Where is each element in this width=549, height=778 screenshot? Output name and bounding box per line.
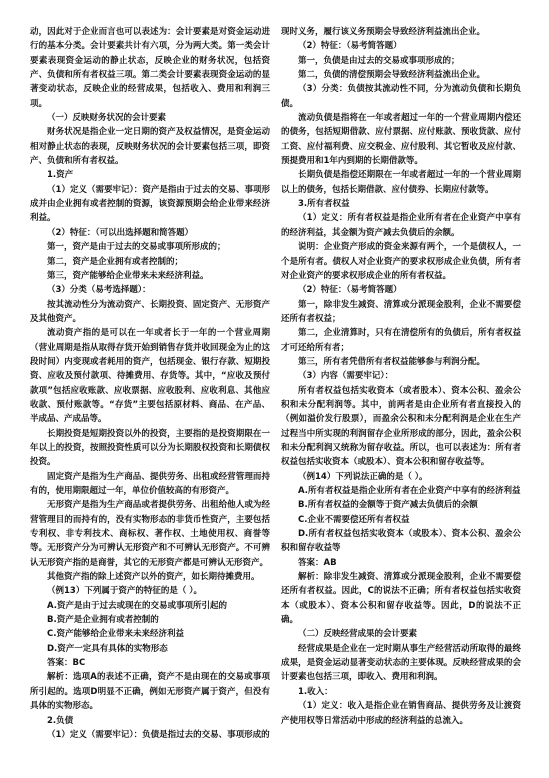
- paragraph: （1）定义：所有者权益是指企业所有者在企业资产中享有的经济利益，其金额为资产减去…: [281, 211, 521, 240]
- paragraph: （3）分类：负债按其流动性不同，分为流动负债和长期负债。: [281, 82, 521, 111]
- paragraph: 2.负债: [30, 714, 270, 728]
- paragraph: （2）特征：（可以出选择题和简答题）: [30, 226, 270, 240]
- paragraph: 解析：除非发生减资、清算或分派现金股利，企业不需要偿还所有者权益。因此，C的说法…: [281, 570, 521, 627]
- text-column-left: 动，因此对于企业而言也可以表述为：会计要素是对资金运动进行的基本分类。会计要素共…: [30, 25, 270, 742]
- paragraph: B.资产是企业拥有或者控制的: [30, 613, 270, 627]
- paragraph: 现时义务，履行该义务预期会导致经济利益流出企业。: [281, 25, 521, 39]
- paragraph: 3.所有者权益: [281, 197, 521, 211]
- paragraph: （例14）下列说法正确的是（ ）。: [281, 470, 521, 484]
- paragraph: 第三，资产能够给企业带来未来经济利益。: [30, 269, 270, 283]
- paragraph: 第一，除非发生减资、清算或分派现金股利，企业不需要偿还所有者权益；: [281, 298, 521, 327]
- paragraph: 流动资产指的是可以在一年或者长于一年的一个营业周期（营业周期是指从取得存货开始到…: [30, 326, 270, 426]
- paragraph: A.资产是由于过去或现在的交易或事项所引起的: [30, 599, 270, 613]
- paragraph: （3）内容（需要牢记）：: [281, 369, 521, 383]
- paragraph: （1）定义：收入是指企业在销售商品、提供劳务及让渡资产使用权等日常活动中形成的经…: [281, 699, 521, 728]
- document-page: 动，因此对于企业而言也可以表述为：会计要素是对资金运动进行的基本分类。会计要素共…: [0, 0, 549, 778]
- paragraph: 所有者权益包括实收资本（或者股本）、资本公积、盈余公积和未分配利润等。其中，前两…: [281, 384, 521, 470]
- paragraph: 流动负债是指将在一年或者超过一年的一个营业周期内偿还的债务，包括短期借款、应付票…: [281, 111, 521, 168]
- paragraph: D.所有者权益包括实收资本（或股本）、资本公积、盈余公积和留存收益等: [281, 527, 521, 556]
- paragraph: （一）反映财务状况的会计要素: [30, 111, 270, 125]
- paragraph: 解析：选项A的表述不正确，资产不是由现在的交易或事项所引起的。选项D明显不正确，…: [30, 670, 270, 713]
- paragraph: 第一，资产是由于过去的交易或事项所形成的；: [30, 240, 270, 254]
- paragraph: 无形资产是指为生产商品或者提供劳务、出租给他人或为经营管理目的而持有的，没有实物…: [30, 498, 270, 570]
- paragraph: 经营成果是企业在一定时期从事生产经营活动所取得的最终成果，是资金运动显著变动状态…: [281, 642, 521, 685]
- paragraph: 答案：AB: [281, 556, 521, 570]
- paragraph: 固定资产是指为生产商品、提供劳务、出租或经营管理而持有的，使用期限超过一年，单位…: [30, 470, 270, 499]
- paragraph: 第三，所有者凭借所有者权益能够参与利润分配。: [281, 355, 521, 369]
- paragraph: 财务状况是指企业一定日期的资产及权益情况，是资金运动相对静止状态的表现，反映财务…: [30, 125, 270, 168]
- paragraph: 第二，负债的清偿预期会导致经济利益流出企业。: [281, 68, 521, 82]
- paragraph: （3）分类（易考选择题）：: [30, 283, 270, 297]
- paragraph: （2）特征：（易考简答题）: [281, 283, 521, 297]
- text-column-right: 现时义务，履行该义务预期会导致经济利益流出企业。（2）特征：（易考简答题）第一，…: [281, 25, 521, 728]
- paragraph: 第二，企业清算时，只有在清偿所有的负债后，所有者权益才可还给所有者；: [281, 326, 521, 355]
- paragraph: 动，因此对于企业而言也可以表述为：会计要素是对资金运动进行的基本分类。会计要素共…: [30, 25, 270, 111]
- paragraph: C.资产能够给企业带来未来经济利益: [30, 627, 270, 641]
- paragraph: 1.收入：: [281, 685, 521, 699]
- paragraph: （二）反映经营成果的会计要素: [281, 627, 521, 641]
- paragraph: B.所有者权益的金额等于资产减去负债后的余额: [281, 498, 521, 512]
- paragraph: 1.资产: [30, 168, 270, 182]
- paragraph: 答案：BC: [30, 656, 270, 670]
- paragraph: （1）定义（需要牢记）：资产是指由于过去的交易、事项形成并由企业拥有或者控制的资…: [30, 183, 270, 226]
- paragraph: 第二，资产是企业拥有或者控制的；: [30, 255, 270, 269]
- paragraph: （1）定义（需要牢记）：负债是指过去的交易、事项形成的: [30, 728, 270, 742]
- paragraph: D.资产一定具有具体的实物形态: [30, 642, 270, 656]
- paragraph: C.企业不需要偿还所有者权益: [281, 513, 521, 527]
- paragraph: （例13）下列属于资产的特征的是（ ）。: [30, 584, 270, 598]
- paragraph: A.所有者权益是指企业所有者在企业资产中享有的经济利益: [281, 484, 521, 498]
- paragraph: 长期投资是短期投资以外的投资，主要指的是投资期限在一年以上的投资，按照投资性质可…: [30, 427, 270, 470]
- paragraph: 长期负债是指偿还期限在一年或者超过一年的一个营业周期以上的债务，包括长期借款、应…: [281, 168, 521, 197]
- paragraph: 按其流动性分为流动资产、长期投资、固定资产、无形资产及其他资产。: [30, 298, 270, 327]
- paragraph: 说明：企业资产形成的资金来源有两个，一个是债权人，一个是所有者。债权人对企业资产…: [281, 240, 521, 283]
- paragraph: 其他资产指的除上述资产以外的资产，如长期待摊费用。: [30, 570, 270, 584]
- paragraph: （2）特征：（易考简答题）: [281, 39, 521, 53]
- paragraph: 第一，负债是由过去的交易或事项形成的；: [281, 54, 521, 68]
